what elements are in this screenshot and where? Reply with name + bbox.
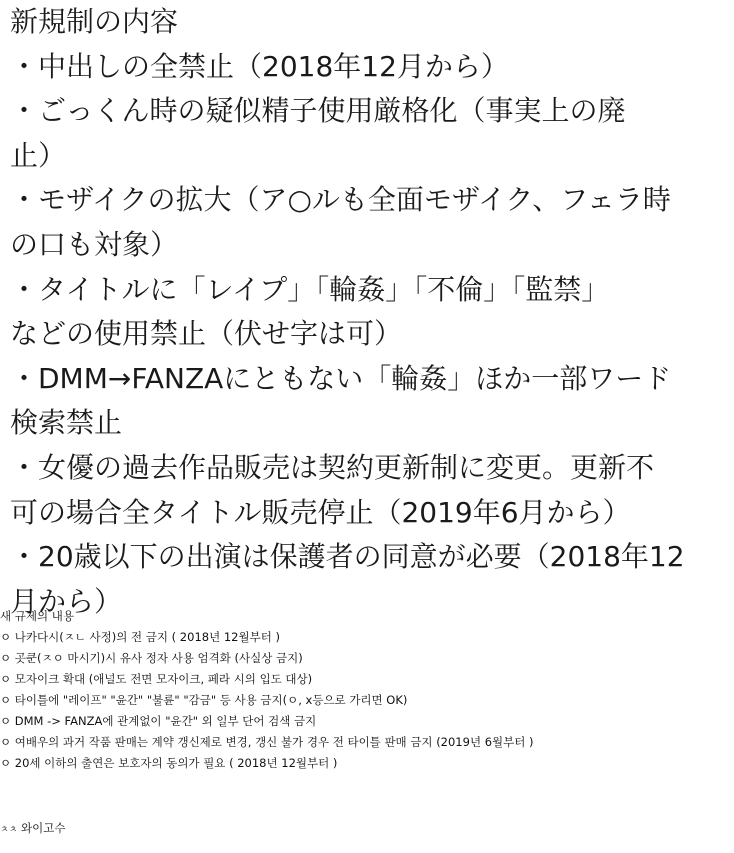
japanese-line: ・ごっくん時の疑似精子使用厳格化（事実上の廃	[10, 89, 734, 134]
korean-list-item: ㅇ 나카다시(ㅈㄴ 사정)의 전 금지 ( 2018년 12월부터 )	[0, 627, 734, 648]
korean-list-item: ㅇ 타이틀에 "레이프" "윤간" "불륜" "감금" 등 사용 금지(ㅇ, x…	[0, 690, 734, 711]
japanese-line: ・モザイクの拡大（ア○ルも全面モザイク、フェラ時	[10, 178, 734, 223]
korean-list-item: ㅇ 20세 이하의 출연은 보호자의 동의가 필요 ( 2018년 12월부터 …	[0, 753, 734, 774]
source-credit: ㅊㅊ 와이고수	[0, 818, 65, 841]
korean-list-item: ㅇ 모자이크 확대 (애널도 전면 모자이크, 페라 시의 입도 대상)	[0, 669, 734, 690]
korean-list-item: ㅇ 여배우의 과거 작품 판매는 계약 갱신제로 변경, 갱신 불가 경우 전 …	[0, 732, 734, 753]
korean-title: 새 규제의 내용	[0, 606, 734, 627]
japanese-text-block: 新規制の内容 ・中出しの全禁止（2018年12月から） ・ごっくん時の疑似精子使…	[10, 0, 734, 624]
korean-list-item: ㅇ 곳쿤(ㅈㅇ 마시기)시 유사 정자 사용 엄격화 (사실상 금지)	[0, 648, 734, 669]
japanese-line: ・中出しの全禁止（2018年12月から）	[10, 45, 734, 90]
japanese-line: などの使用禁止（伏せ字は可）	[10, 312, 734, 357]
japanese-line: ・DMM→FANZAにともない「輪姦」ほか一部ワード	[10, 357, 734, 402]
japanese-line: ・女優の過去作品販売は契約更新制に変更。更新不	[10, 446, 734, 491]
japanese-line: の口も対象）	[10, 223, 734, 268]
japanese-line: ・タイトルに「レイプ」「輪姦」「不倫」「監禁」	[10, 268, 734, 313]
japanese-title: 新規制の内容	[10, 0, 734, 45]
source-prefix: ㅊㅊ	[0, 825, 17, 835]
korean-list-item: ㅇ DMM -> FANZA에 관계없이 "윤간" 외 일부 단어 검색 금지	[0, 711, 734, 732]
japanese-line: 可の場合全タイトル販売停止（2019年6月から）	[10, 491, 734, 536]
japanese-line: 止）	[10, 134, 734, 179]
japanese-line: 検索禁止	[10, 401, 734, 446]
source-name: 와이고수	[21, 821, 65, 835]
korean-text-block: 새 규제의 내용 ㅇ 나카다시(ㅈㄴ 사정)의 전 금지 ( 2018년 12월…	[0, 606, 734, 774]
japanese-line: ・20歳以下の出演は保護者の同意が必要（2018年12	[10, 535, 734, 580]
